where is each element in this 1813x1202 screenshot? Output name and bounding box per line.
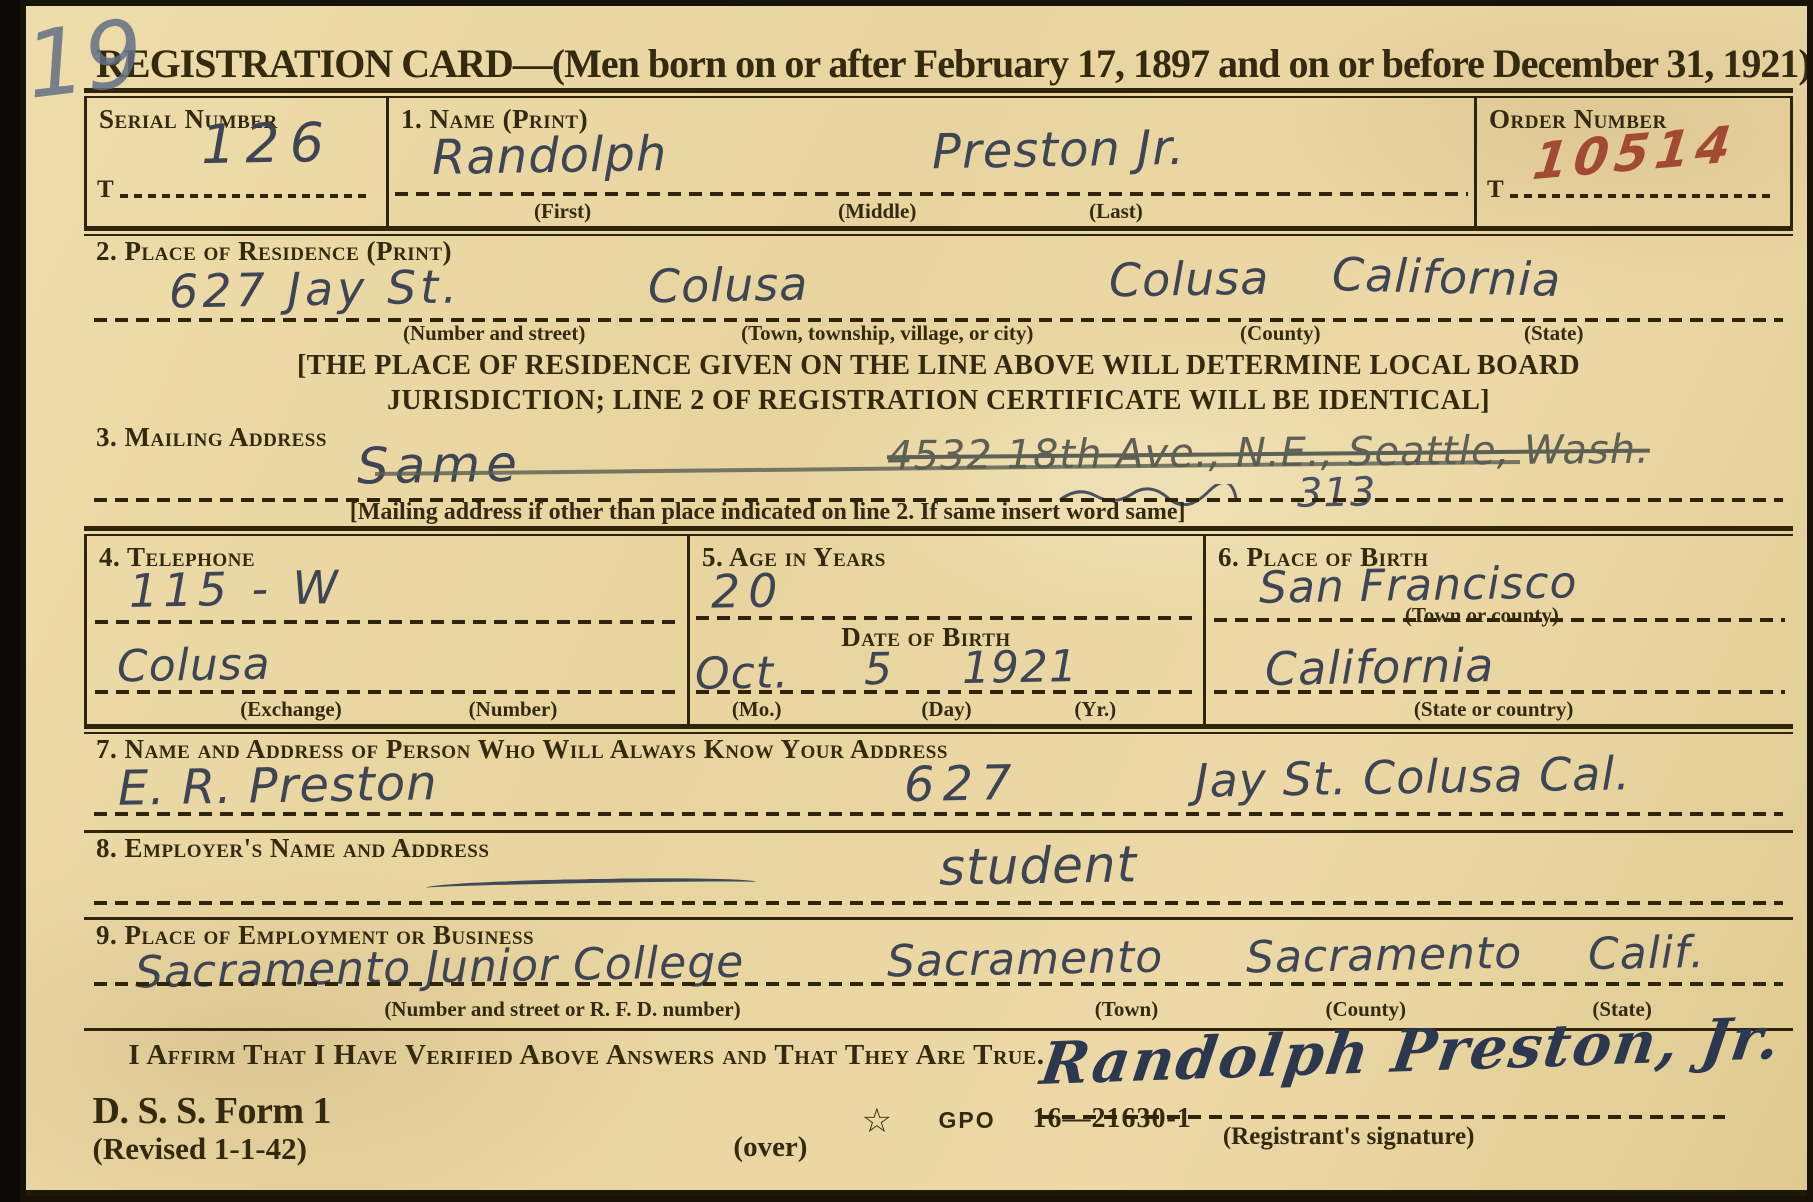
name-cell: 1. Name (Print) Randolph Preston Jr. (Fi… bbox=[389, 98, 1474, 226]
name-sublabel-first: (First) bbox=[534, 199, 591, 224]
name-sublabel-middle: (Middle) bbox=[838, 199, 916, 224]
birth-state-dash-line bbox=[1214, 690, 1785, 694]
affirmation-statement: I Affirm That I Have Verified Above Answ… bbox=[128, 1039, 1044, 1072]
telephone-exchange-handwriting: Colusa bbox=[117, 639, 272, 693]
residence-state-handwriting: California bbox=[1331, 247, 1562, 307]
employment-county-handwriting: Sacramento bbox=[1246, 928, 1523, 984]
mailing-address-label: 3. Mailing Address bbox=[84, 422, 327, 453]
affirmation-text: I Affirm That I Have Verified Above Answ… bbox=[128, 1039, 1044, 1071]
dob-sublabel-day: (Day) bbox=[921, 697, 971, 722]
age-value-handwriting: 20 bbox=[710, 563, 785, 618]
mailing-address-section: 3. Mailing Address Same 4532 18th Ave., … bbox=[84, 422, 1793, 526]
residence-sublabel-county: (County) bbox=[1240, 321, 1321, 346]
serial-baseline: T bbox=[97, 176, 376, 204]
residence-sublabel-state: (State) bbox=[1524, 321, 1583, 346]
birth-town-sublabel: (Town or county) bbox=[1405, 603, 1559, 628]
name-last-handwriting: Preston Jr. bbox=[931, 120, 1185, 180]
mailing-same-handwriting: Same bbox=[357, 435, 524, 496]
order-prefix: T bbox=[1487, 176, 1504, 204]
top-row: Serial Number 126 T 1. Name (Print) Rand… bbox=[84, 98, 1793, 226]
employer-blank-scribble bbox=[426, 876, 756, 894]
contact-section: 7. Name and Address of Person Who Will A… bbox=[84, 734, 1793, 830]
residence-section: 2. Place of Residence (Print) 627 Jay St… bbox=[84, 236, 1793, 348]
mailing-caption: [Mailing address if other than place ind… bbox=[350, 499, 1186, 526]
residence-sublabel-street: (Number and street) bbox=[403, 321, 585, 346]
scanned-registration-card: 19 REGISTRATION CARD—(Men born on or aft… bbox=[0, 0, 1813, 1202]
serial-number-value: 126 bbox=[200, 111, 334, 176]
jurisdiction-notice: [THE PLACE OF RESIDENCE GIVEN ON THE LIN… bbox=[84, 348, 1793, 422]
name-first-handwriting: Randolph bbox=[432, 126, 668, 186]
registration-card: REGISTRATION CARD—(Men born on or after … bbox=[26, 6, 1807, 1196]
employment-business-handwriting: Sacramento Junior College bbox=[135, 937, 745, 999]
gpo-print-number: 16—21630-1 bbox=[1032, 1103, 1191, 1135]
age-cell: 5. Age in Years 20 Date of Birth Oct. 5 … bbox=[690, 536, 1206, 724]
telephone-sublabel-number: (Number) bbox=[469, 697, 558, 722]
residence-street-handwriting: 627 Jay St. bbox=[169, 259, 462, 318]
birth-state-handwriting: California bbox=[1264, 638, 1494, 696]
employer-label: 8. Employer's Name and Address bbox=[84, 833, 489, 864]
employer-dash-line bbox=[94, 901, 1783, 905]
telephone-sublabel-exchange: (Exchange) bbox=[240, 697, 342, 722]
card-title: REGISTRATION CARD—(Men born on or after … bbox=[84, 40, 1793, 88]
divider bbox=[84, 88, 1793, 98]
telephone-cell: 4. Telephone 115 - W Colusa (Exchange) (… bbox=[87, 536, 690, 724]
place-of-birth-cell: 6. Place of Birth San Francisco (Town or… bbox=[1206, 536, 1793, 724]
mailing-crossed-out-address: 4532 18th Ave., N.E., Seattle, Wash. bbox=[887, 427, 1650, 480]
age-dash-line bbox=[696, 616, 1197, 620]
residence-county-handwriting: Colusa bbox=[1109, 251, 1270, 308]
order-baseline: T bbox=[1487, 176, 1780, 204]
serial-number-cell: Serial Number 126 T bbox=[87, 98, 389, 226]
serial-prefix: T bbox=[97, 176, 114, 204]
signature-dash-line bbox=[1041, 1115, 1725, 1119]
middle-row: 4. Telephone 115 - W Colusa (Exchange) (… bbox=[84, 536, 1793, 724]
dob-sublabel-year: (Yr.) bbox=[1074, 697, 1116, 722]
telephone-dash-line-2 bbox=[95, 690, 679, 694]
corner-annotation: 19 bbox=[20, 0, 149, 120]
jurisdiction-notice-line1: [THE PLACE OF RESIDENCE GIVEN ON THE LIN… bbox=[84, 348, 1793, 383]
form-number: D. S. S. Form 1 bbox=[93, 1089, 331, 1133]
order-dash-line bbox=[1510, 194, 1776, 198]
contact-name-handwriting: E. R. Preston bbox=[118, 755, 438, 817]
birth-day-handwriting: 5 bbox=[864, 644, 894, 695]
divider bbox=[84, 526, 1793, 536]
over-note: (over) bbox=[733, 1131, 807, 1164]
telephone-dash-line-1 bbox=[95, 620, 679, 624]
employment-state-handwriting: Calif. bbox=[1587, 927, 1705, 980]
telephone-number-handwriting: 115 - W bbox=[129, 560, 344, 618]
residence-sublabel-town: (Town, township, village, or city) bbox=[741, 321, 1033, 346]
star-icon: ☆ bbox=[862, 1101, 892, 1141]
employment-sublabel-street: (Number and street or R. F. D. number) bbox=[384, 997, 740, 1022]
birth-state-sublabel: (State or country) bbox=[1414, 697, 1573, 722]
bottom-section: I Affirm That I Have Verified Above Answ… bbox=[84, 1031, 1793, 1177]
name-sublabel-last: (Last) bbox=[1089, 199, 1143, 224]
employment-sublabel-town: (Town) bbox=[1095, 997, 1158, 1022]
gpo-imprint: GPO bbox=[939, 1107, 996, 1134]
divider bbox=[84, 226, 1793, 236]
employment-dash-line bbox=[94, 982, 1783, 986]
residence-town-handwriting: Colusa bbox=[648, 257, 809, 314]
employer-section: 8. Employer's Name and Address student bbox=[84, 833, 1793, 917]
mailing-pencil-note: 313 bbox=[1297, 469, 1377, 516]
contact-number-handwriting: 627 bbox=[904, 755, 1021, 813]
order-number-cell: Order Number 10514 T bbox=[1474, 98, 1790, 226]
signature-sublabel: (Registrant's signature) bbox=[1223, 1123, 1475, 1151]
employer-value-handwriting: student bbox=[938, 835, 1137, 896]
form-revision: (Revised 1-1-42) bbox=[93, 1131, 307, 1167]
birth-year-handwriting: 1921 bbox=[961, 641, 1078, 694]
jurisdiction-notice-line2: JURISDICTION; LINE 2 OF REGISTRATION CER… bbox=[84, 383, 1793, 418]
employment-town-handwriting: Sacramento bbox=[887, 932, 1164, 988]
contact-address-handwriting: Jay St. Colusa Cal. bbox=[1194, 746, 1631, 808]
divider bbox=[84, 724, 1793, 734]
date-of-birth-dash-line bbox=[696, 690, 1197, 694]
dob-sublabel-month: (Mo.) bbox=[732, 697, 782, 722]
name-dash-line bbox=[395, 192, 1468, 196]
contact-dash-line bbox=[94, 812, 1783, 816]
serial-dash-line bbox=[120, 194, 372, 198]
